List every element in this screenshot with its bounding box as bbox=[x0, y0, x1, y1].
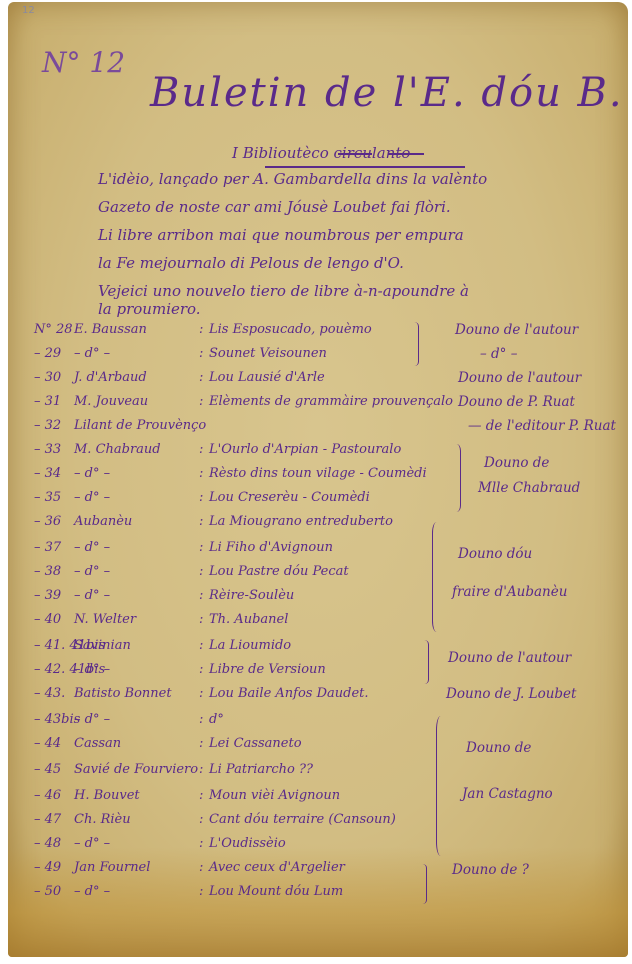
entry-separator: : bbox=[199, 884, 203, 899]
donor-note: Douno de ? bbox=[452, 862, 529, 878]
entry-number: – 31 bbox=[34, 394, 61, 409]
group-brace bbox=[452, 444, 461, 512]
entry-separator: : bbox=[199, 686, 203, 701]
entry-author: Savié de Fourviero bbox=[74, 762, 198, 777]
entry-number: – 47 bbox=[34, 812, 61, 827]
bulletin-title: Buletin de l'E. dóu B. bbox=[150, 70, 624, 116]
entry-author: Lilant de Prouvènço bbox=[74, 418, 206, 433]
entry-separator: : bbox=[199, 612, 203, 627]
group-brace bbox=[418, 864, 427, 904]
entry-title: Rèire-Soulèu bbox=[209, 588, 294, 603]
entry-title: Lou Mount dóu Lum bbox=[209, 884, 343, 899]
entry-author: Cassan bbox=[74, 736, 121, 751]
entry-author: Savinian bbox=[74, 638, 131, 653]
entry-separator: : bbox=[199, 540, 203, 555]
donor-note: Jan Castagno bbox=[462, 786, 553, 802]
paragraph-line: Gazeto de noste car ami Jóusè Loubet fai… bbox=[98, 198, 451, 216]
entry-number: – 34 bbox=[34, 466, 61, 481]
entry-title: Cant dóu terraire (Cansoun) bbox=[209, 812, 396, 827]
donor-note: fraire d'Aubanèu bbox=[452, 584, 567, 600]
entry-author: – d° – bbox=[74, 884, 110, 899]
donor-note: Douno dóu bbox=[458, 546, 532, 562]
entry-title: L'Ourlo d'Arpian - Pastouralo bbox=[209, 442, 401, 457]
entry-number: – 32 bbox=[34, 418, 61, 433]
entry-number: N° 28 bbox=[34, 322, 73, 337]
entry-author: – d° – bbox=[74, 712, 110, 727]
section-title-underline bbox=[265, 166, 465, 168]
donor-note: — de l'editour P. Ruat bbox=[468, 418, 616, 434]
entry-author: – d° – bbox=[74, 346, 110, 361]
entry-title: Lou Creserèu - Coumèdi bbox=[209, 490, 370, 505]
entry-author: J. d'Arbaud bbox=[74, 370, 147, 385]
corner-page-number: 12 bbox=[22, 5, 35, 16]
donor-note: – d° – bbox=[480, 346, 517, 362]
donor-note: Douno de bbox=[466, 740, 531, 756]
entry-author: – d° – bbox=[74, 588, 110, 603]
entry-author: M. Chabraud bbox=[74, 442, 161, 457]
entry-author: M. Jouveau bbox=[74, 394, 148, 409]
entry-separator: : bbox=[199, 322, 203, 337]
entry-title: d° bbox=[209, 712, 224, 727]
entry-title: Sounet Veisounen bbox=[209, 346, 327, 361]
entry-title: Lou Baile Anfos Daudet. bbox=[209, 686, 369, 701]
entry-title: Li Patriarcho ?? bbox=[209, 762, 313, 777]
entry-separator: : bbox=[199, 788, 203, 803]
paragraph-line: L'idèio, lançado per A. Gambardella dins… bbox=[98, 170, 487, 188]
entry-number: – 43. bbox=[34, 686, 65, 701]
entry-separator: : bbox=[199, 662, 203, 677]
entry-title: Rèsto dins toun vilage - Coumèdi bbox=[209, 466, 427, 481]
entry-title: Lou Pastre dóu Pecat bbox=[209, 564, 349, 579]
entry-number: – 39 bbox=[34, 588, 61, 603]
paragraph-line: la Fe mejournalo di Pelous de lengo d'O. bbox=[98, 254, 404, 272]
donor-note: Mlle Chabraud bbox=[478, 480, 580, 496]
entry-author: Ch. Rièu bbox=[74, 812, 131, 827]
donor-note: Douno de J. Loubet bbox=[446, 686, 576, 702]
entry-separator: : bbox=[199, 490, 203, 505]
donor-note: Douno de l'autour bbox=[448, 650, 571, 666]
entry-separator: : bbox=[199, 442, 203, 457]
donor-note: Douno de bbox=[484, 455, 549, 471]
entry-title: Libre de Versioun bbox=[209, 662, 326, 677]
group-brace bbox=[432, 522, 441, 632]
donor-note: Douno de l'autour bbox=[455, 322, 578, 338]
entry-author: E. Baussan bbox=[74, 322, 147, 337]
entry-number: – 33 bbox=[34, 442, 61, 457]
paragraph-line: la proumiero. bbox=[98, 300, 201, 318]
group-brace bbox=[410, 322, 419, 366]
entry-separator: : bbox=[199, 638, 203, 653]
issue-number: N° 12 bbox=[42, 46, 125, 79]
entry-author: Batisto Bonnet bbox=[74, 686, 172, 701]
entry-title: Li Fiho d'Avignoun bbox=[209, 540, 333, 555]
entry-author: H. Bouvet bbox=[74, 788, 140, 803]
entry-title: Elèments de grammàire prouvençalo bbox=[209, 394, 453, 409]
entry-number: – 50 bbox=[34, 884, 61, 899]
entry-separator: : bbox=[199, 712, 203, 727]
group-brace bbox=[436, 716, 445, 856]
section-title: I Biblioutèco circulanto bbox=[232, 144, 410, 162]
entry-author: Aubanèu bbox=[74, 514, 132, 529]
entry-author: – d° – bbox=[74, 490, 110, 505]
entry-separator: : bbox=[199, 860, 203, 875]
entry-title: La Miougrano entreduberto bbox=[209, 514, 393, 529]
entry-number: – 40 bbox=[34, 612, 61, 627]
group-brace bbox=[420, 640, 429, 684]
entry-number: – 30 bbox=[34, 370, 61, 385]
entry-number: – 45 bbox=[34, 762, 61, 777]
entry-separator: : bbox=[199, 370, 203, 385]
entry-separator: : bbox=[199, 812, 203, 827]
entry-title: La Lioumido bbox=[209, 638, 291, 653]
entry-author: – d° – bbox=[74, 540, 110, 555]
entry-number: – 44 bbox=[34, 736, 61, 751]
entry-number: – 36 bbox=[34, 514, 61, 529]
entry-separator: : bbox=[199, 836, 203, 851]
entry-separator: : bbox=[199, 514, 203, 529]
entry-title: Avec ceux d'Argelier bbox=[209, 860, 345, 875]
entry-author: – d° – bbox=[74, 564, 110, 579]
entry-separator: : bbox=[199, 394, 203, 409]
entry-separator: : bbox=[199, 762, 203, 777]
entry-number: – 35 bbox=[34, 490, 61, 505]
donor-note: Douno de l'autour bbox=[458, 370, 581, 386]
entry-number: – 37 bbox=[34, 540, 61, 555]
entry-title: Lei Cassaneto bbox=[209, 736, 302, 751]
entry-author: – d° – bbox=[74, 662, 110, 677]
entry-number: – 29 bbox=[34, 346, 61, 361]
paragraph-line: Vejeici uno nouvelo tiero de libre à-n-a… bbox=[98, 282, 469, 300]
entry-author: Jan Fournel bbox=[74, 860, 150, 875]
entry-separator: : bbox=[199, 466, 203, 481]
donor-note: Douno de P. Ruat bbox=[458, 394, 575, 410]
entry-number: – 48 bbox=[34, 836, 61, 851]
entry-title: Lou Lausié d'Arle bbox=[209, 370, 325, 385]
entry-separator: : bbox=[199, 588, 203, 603]
entry-separator: : bbox=[199, 736, 203, 751]
entry-author: N. Welter bbox=[74, 612, 136, 627]
entry-title: Lis Esposucado, pouèmo bbox=[209, 322, 372, 337]
entry-title: L'Oudissèio bbox=[209, 836, 286, 851]
paragraph-line: Li libre arribon mai que noumbrous per e… bbox=[98, 226, 464, 244]
entry-number: – 46 bbox=[34, 788, 61, 803]
entry-title: Th. Aubanel bbox=[209, 612, 288, 627]
entry-separator: : bbox=[199, 346, 203, 361]
entry-author: – d° – bbox=[74, 836, 110, 851]
entry-number: – 38 bbox=[34, 564, 61, 579]
entry-author: – d° – bbox=[74, 466, 110, 481]
entry-title: Moun vièi Avignoun bbox=[209, 788, 340, 803]
entry-separator: : bbox=[199, 564, 203, 579]
entry-number: – 49 bbox=[34, 860, 61, 875]
